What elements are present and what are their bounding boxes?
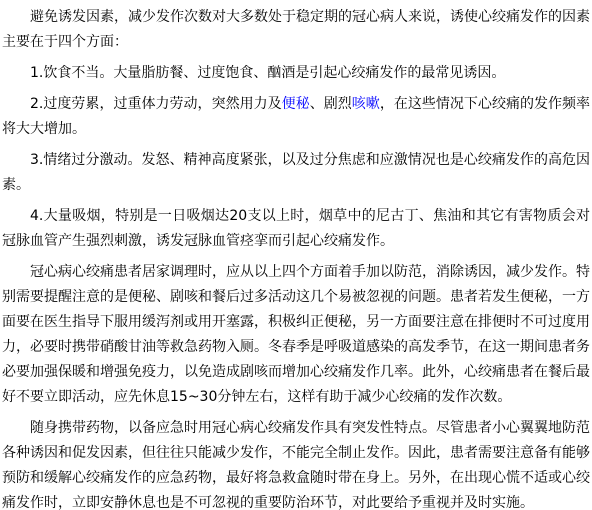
text-segment: 、剧烈 bbox=[310, 96, 352, 112]
paragraph-cause-1-diet: 1.饮食不当。大量脂肪餐、过度饱食、酗酒是引起心绞痛发作的最常见诱因。 bbox=[2, 61, 590, 86]
paragraph-cause-2-overexertion: 2.过度劳累，过重体力劳动，突然用力及便秘、剧烈咳嗽，在这些情况下心绞痛的发作频… bbox=[2, 92, 590, 142]
article-body: 避免诱发因素，减少发作次数对大多数处于稳定期的冠心病人来说，诱使心绞痛发作的因素… bbox=[0, 0, 592, 510]
paragraph-intro: 避免诱发因素，减少发作次数对大多数处于稳定期的冠心病人来说，诱使心绞痛发作的因素… bbox=[2, 5, 590, 55]
cough-link[interactable]: 咳嗽 bbox=[352, 96, 380, 112]
constipation-link[interactable]: 便秘 bbox=[282, 96, 310, 112]
paragraph-cause-3-emotion: 3.情绪过分激动。发怒、精神高度紧张，以及过分焦虑和应激情况也是心绞痛发作的高危… bbox=[2, 148, 590, 198]
paragraph-cause-4-smoking: 4.大量吸烟，特别是一日吸烟达20支以上时，烟草中的尼古丁、焦油和其它有害物质会… bbox=[2, 204, 590, 254]
paragraph-carry-medicine: 随身携带药物，以备应急时用冠心病心绞痛发作具有突发性特点。尽管患者小心翼翼地防范… bbox=[2, 416, 590, 510]
text-segment: 2.过度劳累，过重体力劳动，突然用力及 bbox=[30, 96, 282, 112]
paragraph-home-care: 冠心病心绞痛患者居家调理时，应从以上四个方面着手加以防范，消除诱因，减少发作。特… bbox=[2, 260, 590, 410]
